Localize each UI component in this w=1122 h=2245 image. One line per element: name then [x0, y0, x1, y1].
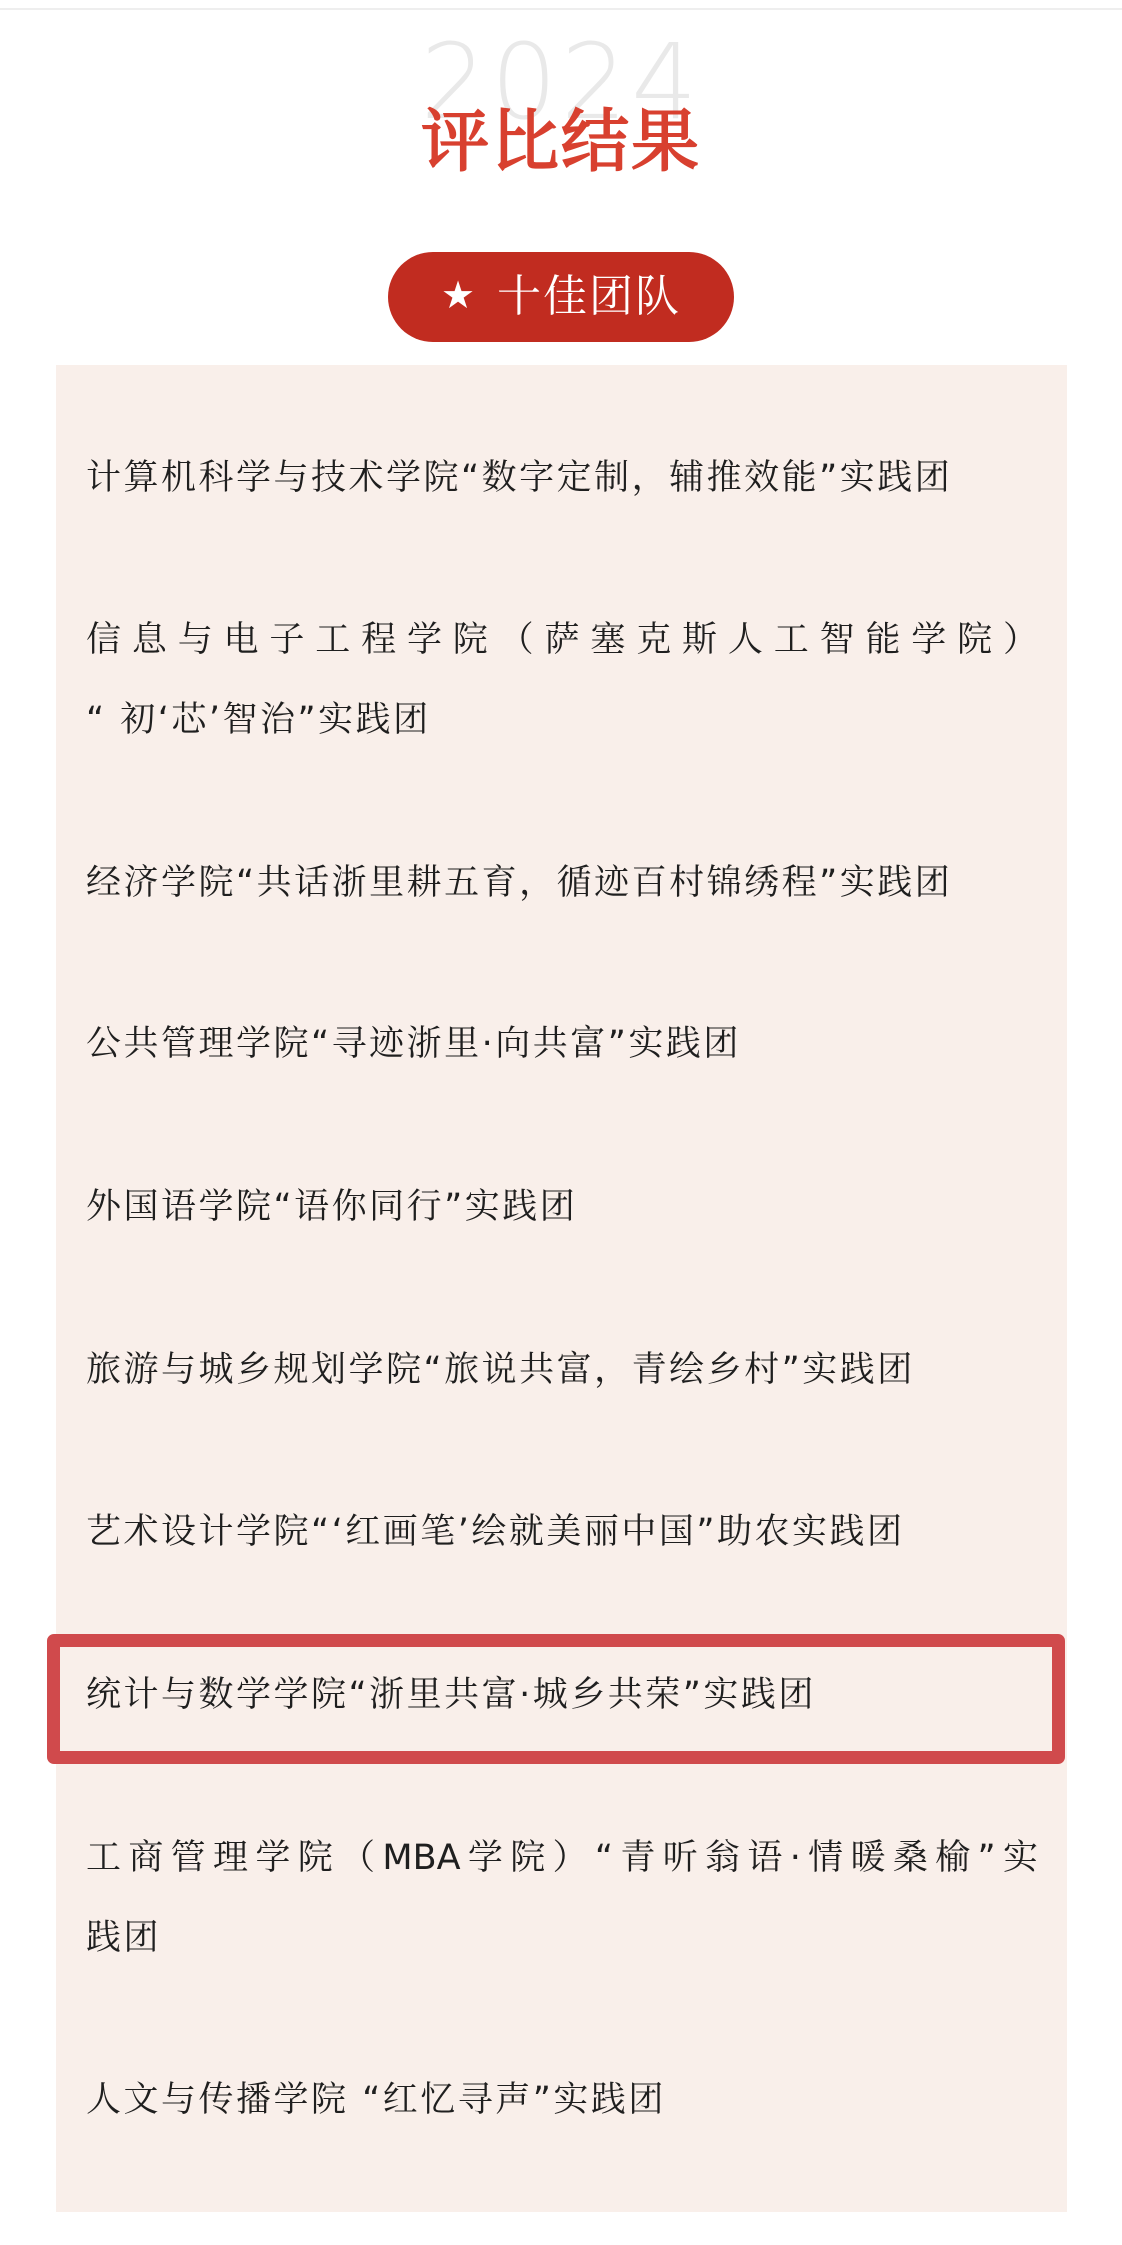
top-divider — [0, 8, 1122, 10]
star-icon: ★ — [441, 275, 475, 315]
page-title: 评比结果 — [0, 104, 1122, 182]
highlight-box — [47, 1634, 1065, 1764]
team-item-3: 经济学院“共话浙里耕五育，循迹百村锦绣程”实践团 — [86, 859, 952, 907]
team-item-5: 外国语学院“语你同行”实践团 — [86, 1183, 577, 1231]
team-item-9-line-2: 践团 — [86, 1914, 161, 1962]
team-item-7: 艺术设计学院“‘红画笔’绘就美丽中国”助农实践团 — [86, 1508, 905, 1556]
team-item-1: 计算机科学与技术学院“数字定制，辅推效能”实践团 — [86, 454, 952, 502]
team-item-9-line-1: 工商管理学院（MBA学院）“青听翁语·情暖桑榆”实 — [86, 1834, 1038, 1882]
team-item-2-line-2: “ 初‘芯’智治”实践团 — [86, 696, 431, 744]
team-item-6: 旅游与城乡规划学院“旅说共富，青绘乡村”实践团 — [86, 1346, 915, 1394]
team-item-4: 公共管理学院“寻迹浙里·向共富”实践团 — [86, 1020, 741, 1068]
team-item-10: 人文与传播学院 “红忆寻声”实践团 — [86, 2076, 666, 2124]
section-badge-top-ten-teams: ★ 十佳团队 — [388, 252, 734, 342]
section-badge-label: 十佳团队 — [497, 272, 681, 322]
team-item-2-line-1: 信息与电子工程学院（萨塞克斯人工智能学院） — [86, 616, 1038, 664]
